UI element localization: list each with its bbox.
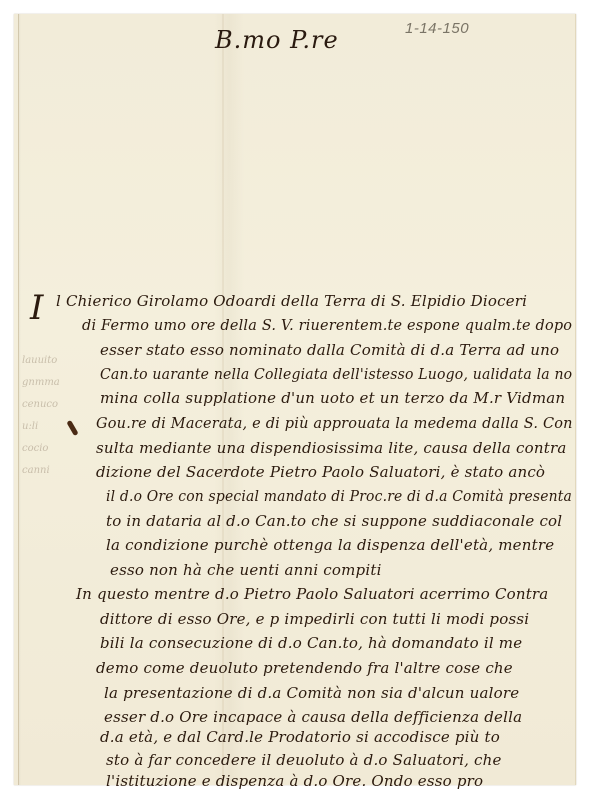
manuscript-line: sulta mediante una dispendiosissima lite… — [96, 439, 566, 457]
manuscript-line: dizione del Sacerdote Pietro Paolo Salua… — [96, 463, 545, 481]
letter-body: l Chierico Girolamo Odoardi della Terra … — [0, 0, 591, 800]
manuscript-line: d.a età, e dal Card.le Prodatorio si acc… — [100, 728, 500, 746]
manuscript-line: dittore di esso Ore, e p impedirli con t… — [100, 610, 529, 628]
manuscript-line: l'istituzione e dispenza à d.o Ore. Ondo… — [106, 772, 483, 790]
manuscript-line: il d.o Ore con special mandato di Proc.r… — [106, 487, 572, 505]
manuscript-line: l Chierico Girolamo Odoardi della Terra … — [56, 292, 527, 310]
manuscript-line: In questo mentre d.o Pietro Paolo Saluat… — [76, 585, 548, 603]
manuscript-line: Can.to uarante nella Collegiata dell'ist… — [100, 365, 572, 383]
manuscript-line: sto à far concedere il deuoluto à d.o Sa… — [106, 751, 502, 769]
manuscript-line: esso non hà che uenti anni compiti — [110, 561, 382, 579]
manuscript-line: la presentazione di d.a Comità non sia d… — [104, 684, 519, 702]
manuscript-line: la condizione purchè ottenga la dispenza… — [106, 536, 554, 554]
manuscript-line: esser d.o Ore incapace à causa della def… — [104, 708, 522, 726]
manuscript-line: to in dataria al d.o Can.to che si suppo… — [106, 512, 562, 530]
manuscript-line: demo come deuoluto pretendendo fra l'alt… — [96, 659, 513, 677]
manuscript-line: di Fermo umo ore della S. V. riuerentem.… — [82, 316, 572, 334]
manuscript-line: bili la consecuzione di d.o Can.to, hà d… — [100, 634, 522, 652]
manuscript-line: Gou.re di Macerata, e di più approuata l… — [96, 414, 573, 432]
manuscript-line: esser stato esso nominato dalla Comità d… — [100, 341, 559, 359]
manuscript-line: mina colla supplatione d'un uoto et un t… — [100, 389, 565, 407]
